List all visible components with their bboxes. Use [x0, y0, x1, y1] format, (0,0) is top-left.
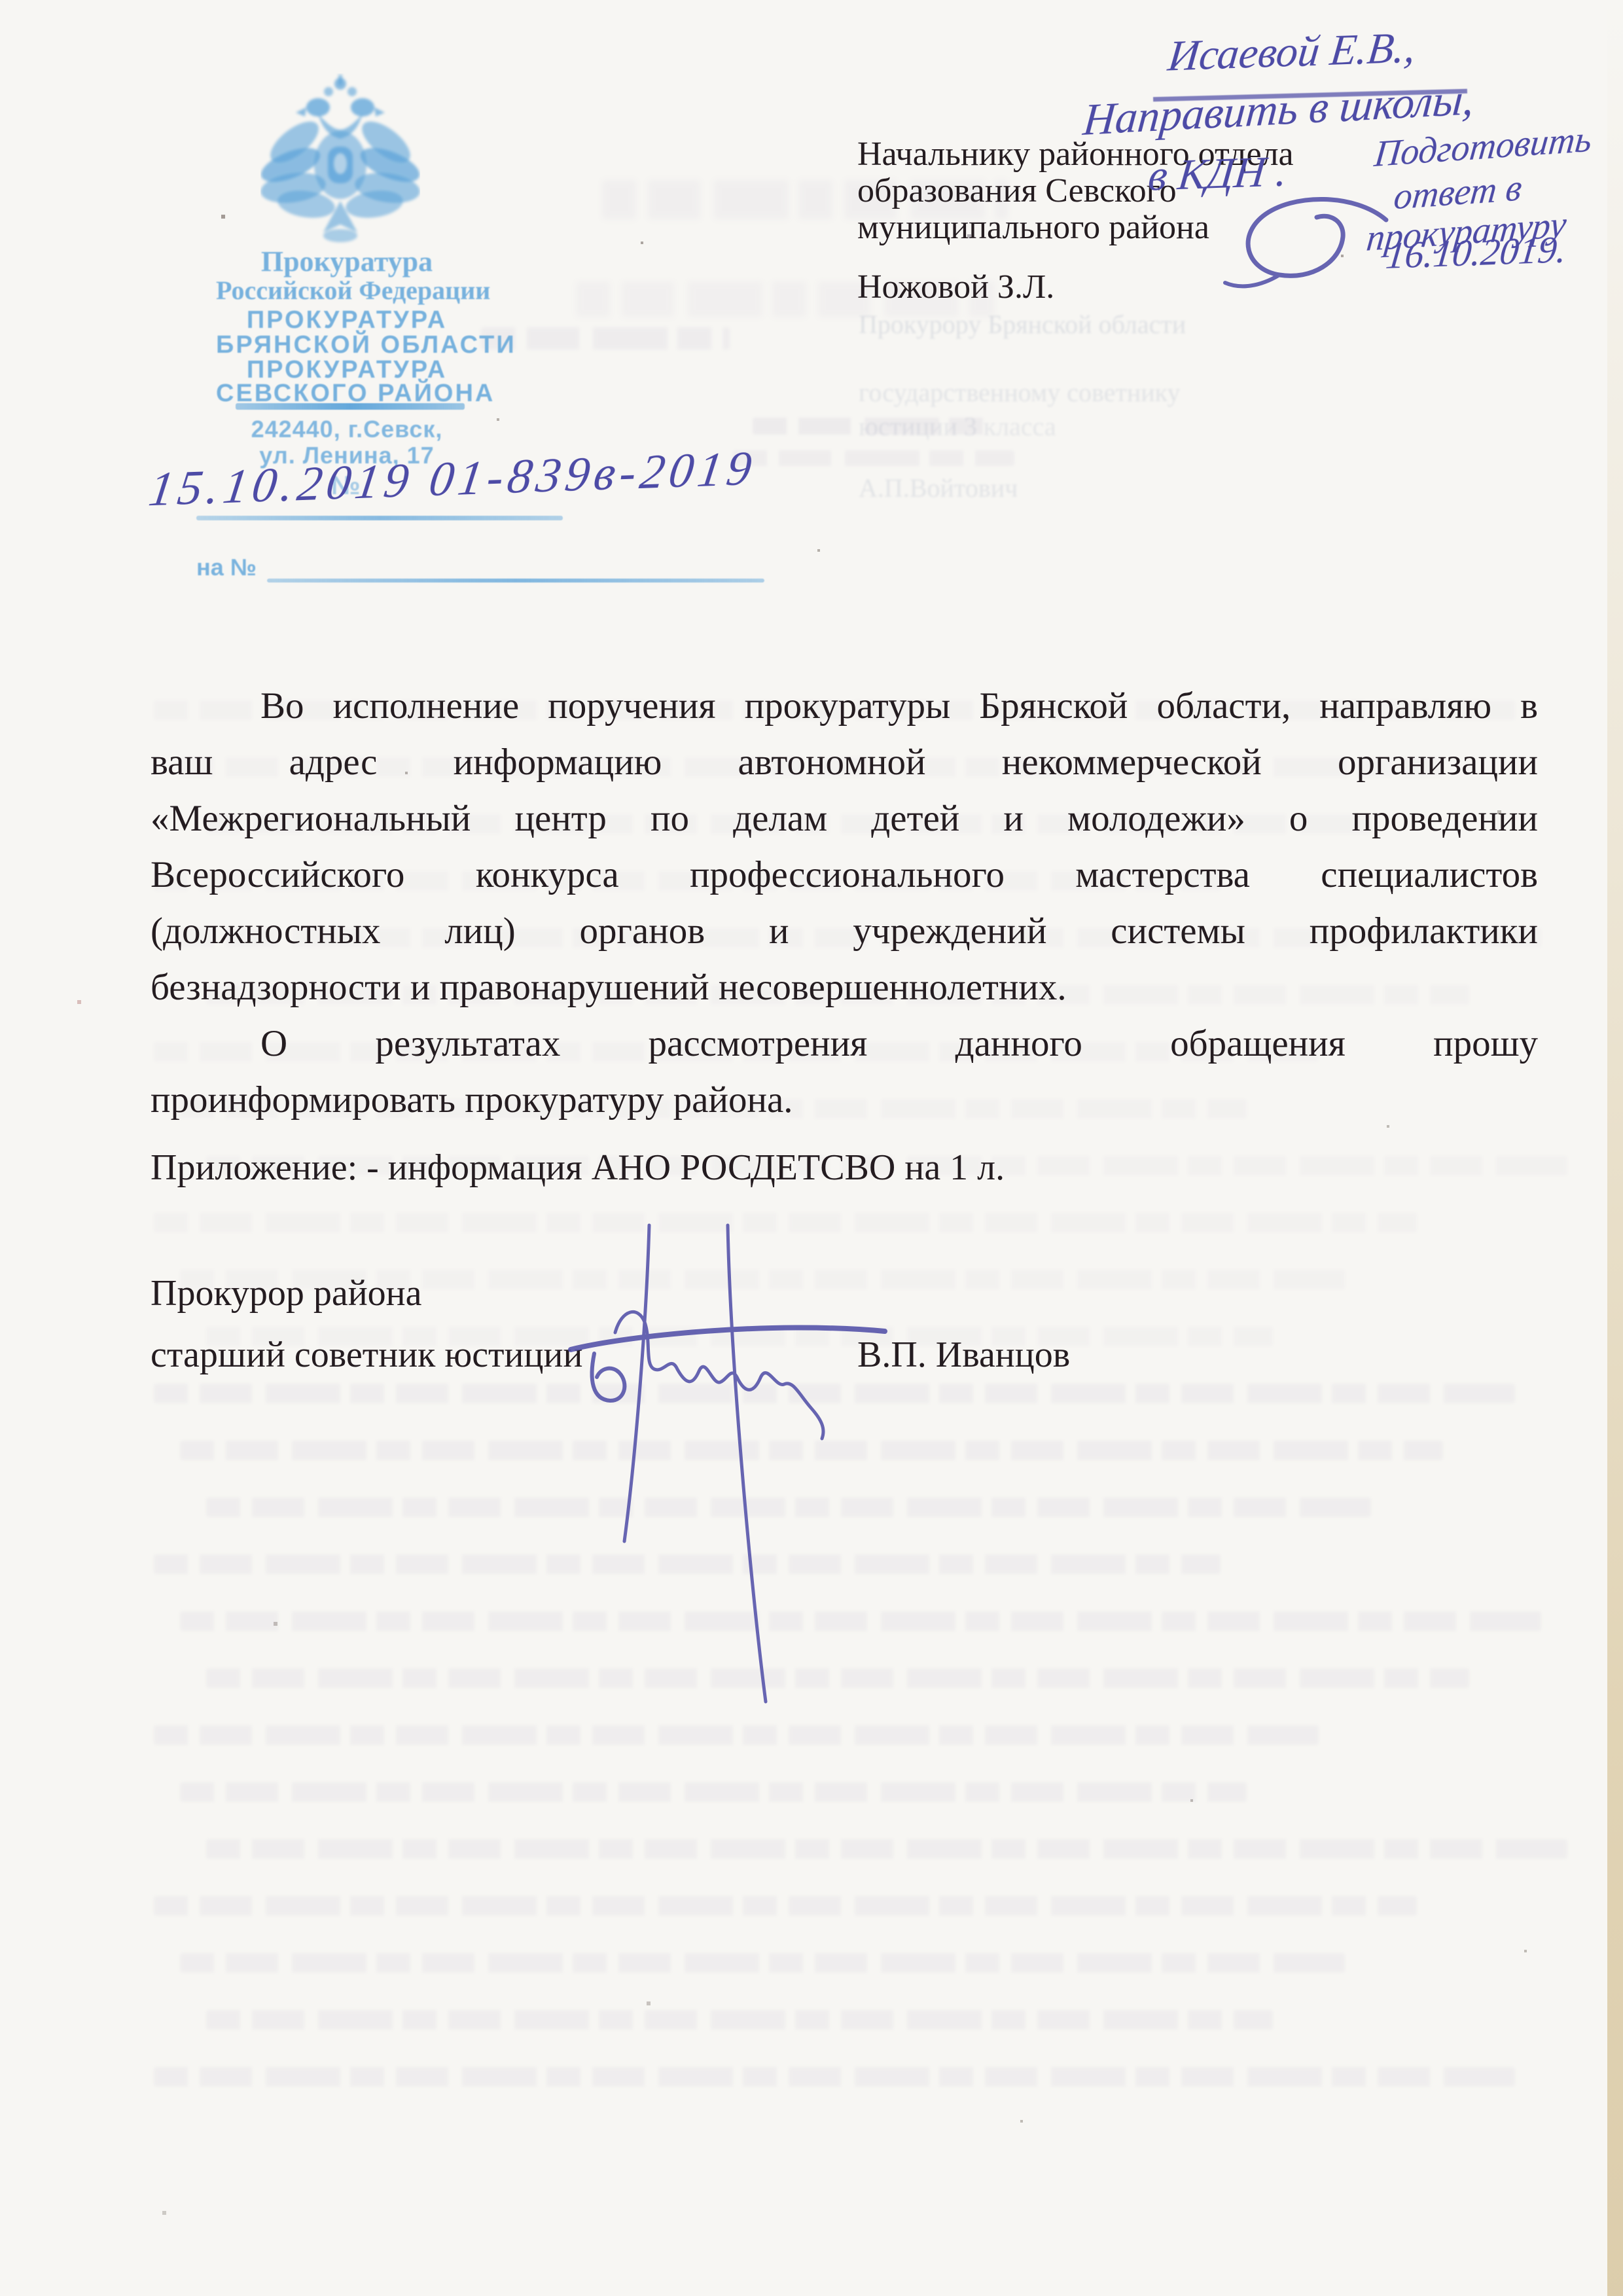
pen-signatures-layer: [0, 0, 1623, 2296]
prosecutor-signature: [624, 1225, 649, 1541]
annotation-signature-flourish: [1248, 199, 1386, 276]
scanned-letter-page: Прокурору Брянской области государственн…: [0, 0, 1623, 2296]
